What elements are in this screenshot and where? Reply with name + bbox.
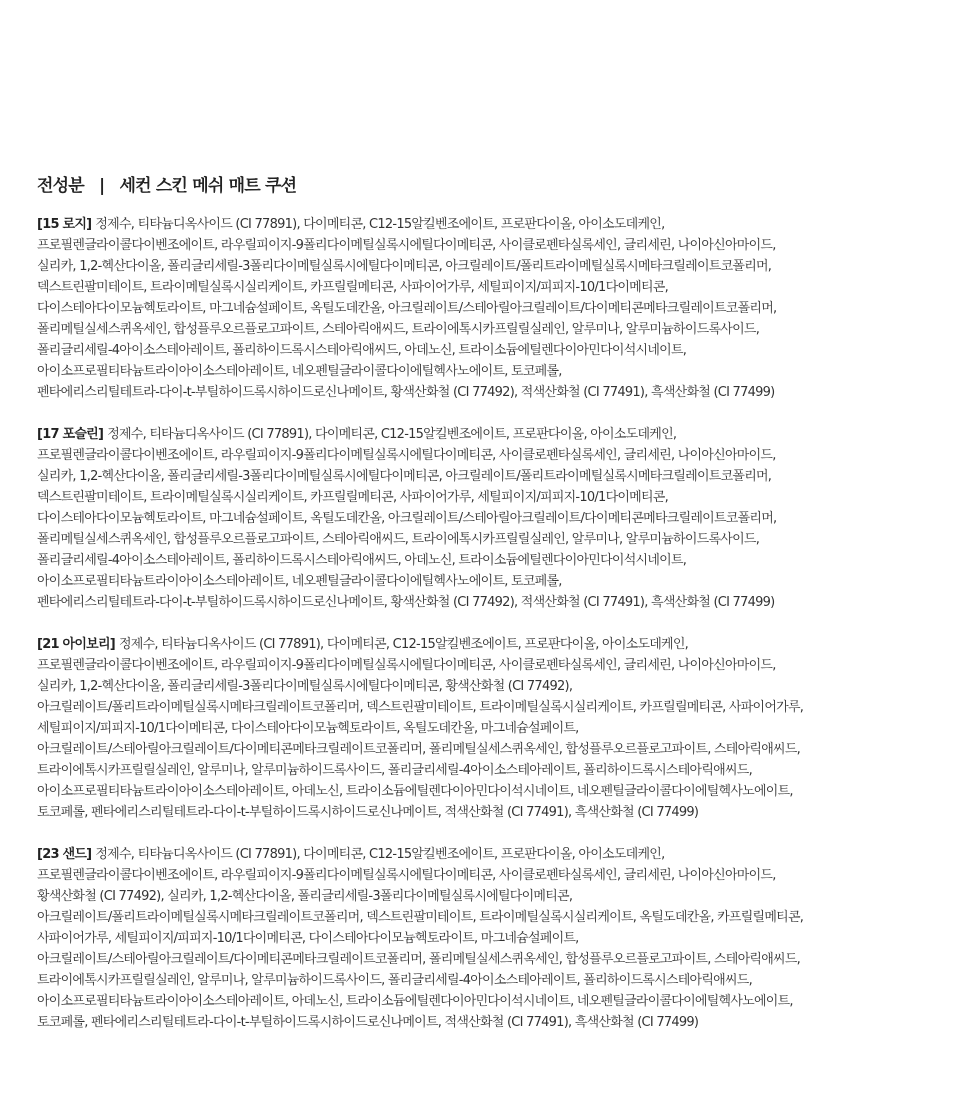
shade-label: [21 아이보리]: [37, 637, 115, 652]
title-separator: |: [99, 172, 104, 200]
ingredient-line: 아크릴레이트/폴리트라이메틸실록시메타크릴레이트코폴리머, 덱스트린팔미테이트,…: [37, 907, 937, 928]
ingredient-line: 프로필렌글라이콜다이벤조에이트, 라우릴피이지-9폴리다이메틸실록시에틸다이메티…: [37, 235, 937, 256]
ingredients-page: 전성분 | 세컨 스킨 메쉬 매트 쿠션 [15 로지]정제수, 티타늄디옥사이…: [37, 172, 937, 1054]
ingredient-line: 아이소프로필티타늄트라이아이소스테아레이트, 네오펜틸글라이콜다이에틸헥사노에이…: [37, 361, 937, 382]
page-title: 전성분 | 세컨 스킨 메쉬 매트 쿠션: [37, 172, 937, 200]
ingredient-line: 실리카, 1,2-헥산다이올, 폴리글리세릴-3폴리다이메틸실록시에틸다이메티콘…: [37, 256, 937, 277]
ingredient-line: 폴리메틸실세스퀴옥세인, 합성플루오르플로고파이트, 스테아릭애씨드, 트라이에…: [37, 529, 937, 550]
ingredient-line: 아크릴레이트/폴리트라이메틸실록시메타크릴레이트코폴리머, 덱스트린팔미테이트,…: [37, 697, 937, 718]
shade-label: [17 포슬린]: [37, 427, 103, 442]
ingredient-line: 황색산화철 (CI 77492), 실리카, 1,2-헥산다이올, 폴리글리세릴…: [37, 886, 937, 907]
ingredient-line: 프로필렌글라이콜다이벤조에이트, 라우릴피이지-9폴리다이메틸실록시에틸다이메티…: [37, 445, 937, 466]
ingredient-line: 트라이에톡시카프릴릴실레인, 알루미나, 알루미늄하이드록사이드, 폴리글리세릴…: [37, 760, 937, 781]
ingredient-line: 아이소프로필티타늄트라이아이소스테아레이트, 네오펜틸글라이콜다이에틸헥사노에이…: [37, 571, 937, 592]
ingredient-line: [17 포슬린]정제수, 티타늄디옥사이드 (CI 77891), 다이메티콘,…: [37, 424, 937, 445]
title-label: 전성분: [37, 176, 84, 196]
ingredient-line: 폴리글리세릴-4아이소스테아레이트, 폴리하이드록시스테아릭애씨드, 아데노신,…: [37, 340, 937, 361]
ingredient-line: [23 샌드]정제수, 티타늄디옥사이드 (CI 77891), 다이메티콘, …: [37, 844, 937, 865]
shade-ingredients-23-sand: [23 샌드]정제수, 티타늄디옥사이드 (CI 77891), 다이메티콘, …: [37, 844, 937, 1033]
ingredient-line: 폴리메틸실세스퀴옥세인, 합성플루오르플로고파이트, 스테아릭애씨드, 트라이에…: [37, 319, 937, 340]
ingredient-line: 세틸피이지/피피지-10/1다이메티콘, 다이스테아다이모늄헥토라이트, 옥틸도…: [37, 718, 937, 739]
ingredient-line: [21 아이보리]정제수, 티타늄디옥사이드 (CI 77891), 다이메티콘…: [37, 634, 937, 655]
ingredient-line: 트라이에톡시카프릴릴실레인, 알루미나, 알루미늄하이드록사이드, 폴리글리세릴…: [37, 970, 937, 991]
shade-ingredients-21-ivory: [21 아이보리]정제수, 티타늄디옥사이드 (CI 77891), 다이메티콘…: [37, 634, 937, 823]
ingredient-line: 아이소프로필티타늄트라이아이소스테아레이트, 아데노신, 트라이소듐에틸렌다이아…: [37, 781, 937, 802]
product-name: 세컨 스킨 메쉬 매트 쿠션: [120, 176, 297, 196]
ingredient-line: 사파이어가루, 세틸피이지/피피지-10/1다이메티콘, 다이스테아다이모늄헥토…: [37, 928, 937, 949]
ingredient-line: 아이소프로필티타늄트라이아이소스테아레이트, 아데노신, 트라이소듐에틸렌다이아…: [37, 991, 937, 1012]
ingredient-line: 아크릴레이트/스테아릴아크릴레이트/다이메티콘메타크릴레이트코폴리머, 폴리메틸…: [37, 739, 937, 760]
ingredient-text: 정제수, 티타늄디옥사이드 (CI 77891), 다이메티콘, C12-15알…: [119, 637, 688, 652]
ingredient-line: 덱스트린팔미테이트, 트라이메틸실록시실리케이트, 카프릴릴메티콘, 사파이어가…: [37, 487, 937, 508]
ingredient-line: 덱스트린팔미테이트, 트라이메틸실록시실리케이트, 카프릴릴메티콘, 사파이어가…: [37, 277, 937, 298]
ingredient-line: [15 로지]정제수, 티타늄디옥사이드 (CI 77891), 다이메티콘, …: [37, 214, 937, 235]
ingredient-line: 토코페롤, 펜타에리스리틸테트라-다이-t-부틸하이드록시하이드로신나메이트, …: [37, 802, 937, 823]
ingredient-line: 프로필렌글라이콜다이벤조에이트, 라우릴피이지-9폴리다이메틸실록시에틸다이메티…: [37, 865, 937, 886]
ingredient-text: 정제수, 티타늄디옥사이드 (CI 77891), 다이메티콘, C12-15알…: [95, 217, 664, 232]
ingredient-line: 실리카, 1,2-헥산다이올, 폴리글리세릴-3폴리다이메틸실록시에틸다이메티콘…: [37, 676, 937, 697]
ingredient-line: 아크릴레이트/스테아릴아크릴레이트/다이메티콘메타크릴레이트코폴리머, 폴리메틸…: [37, 949, 937, 970]
ingredient-line: 펜타에리스리틸테트라-다이-t-부틸하이드록시하이드로신나메이트, 황색산화철 …: [37, 382, 937, 403]
shade-label: [15 로지]: [37, 217, 91, 232]
ingredient-text: 정제수, 티타늄디옥사이드 (CI 77891), 다이메티콘, C12-15알…: [95, 847, 664, 862]
ingredient-line: 폴리글리세릴-4아이소스테아레이트, 폴리하이드록시스테아릭애씨드, 아데노신,…: [37, 550, 937, 571]
shade-ingredients-17-porcelain: [17 포슬린]정제수, 티타늄디옥사이드 (CI 77891), 다이메티콘,…: [37, 424, 937, 613]
shade-label: [23 샌드]: [37, 847, 91, 862]
ingredient-line: 실리카, 1,2-헥산다이올, 폴리글리세릴-3폴리다이메틸실록시에틸다이메티콘…: [37, 466, 937, 487]
ingredient-line: 다이스테아다이모늄헥토라이트, 마그네슘설페이트, 옥틸도데칸올, 아크릴레이트…: [37, 508, 937, 529]
ingredient-line: 다이스테아다이모늄헥토라이트, 마그네슘설페이트, 옥틸도데칸올, 아크릴레이트…: [37, 298, 937, 319]
ingredient-line: 펜타에리스리틸테트라-다이-t-부틸하이드록시하이드로신나메이트, 황색산화철 …: [37, 592, 937, 613]
ingredient-text: 정제수, 티타늄디옥사이드 (CI 77891), 다이메티콘, C12-15알…: [107, 427, 676, 442]
ingredient-line: 프로필렌글라이콜다이벤조에이트, 라우릴피이지-9폴리다이메틸실록시에틸다이메티…: [37, 655, 937, 676]
ingredient-line: 토코페롤, 펜타에리스리틸테트라-다이-t-부틸하이드록시하이드로신나메이트, …: [37, 1012, 937, 1033]
shade-ingredients-15-rosy: [15 로지]정제수, 티타늄디옥사이드 (CI 77891), 다이메티콘, …: [37, 214, 937, 403]
